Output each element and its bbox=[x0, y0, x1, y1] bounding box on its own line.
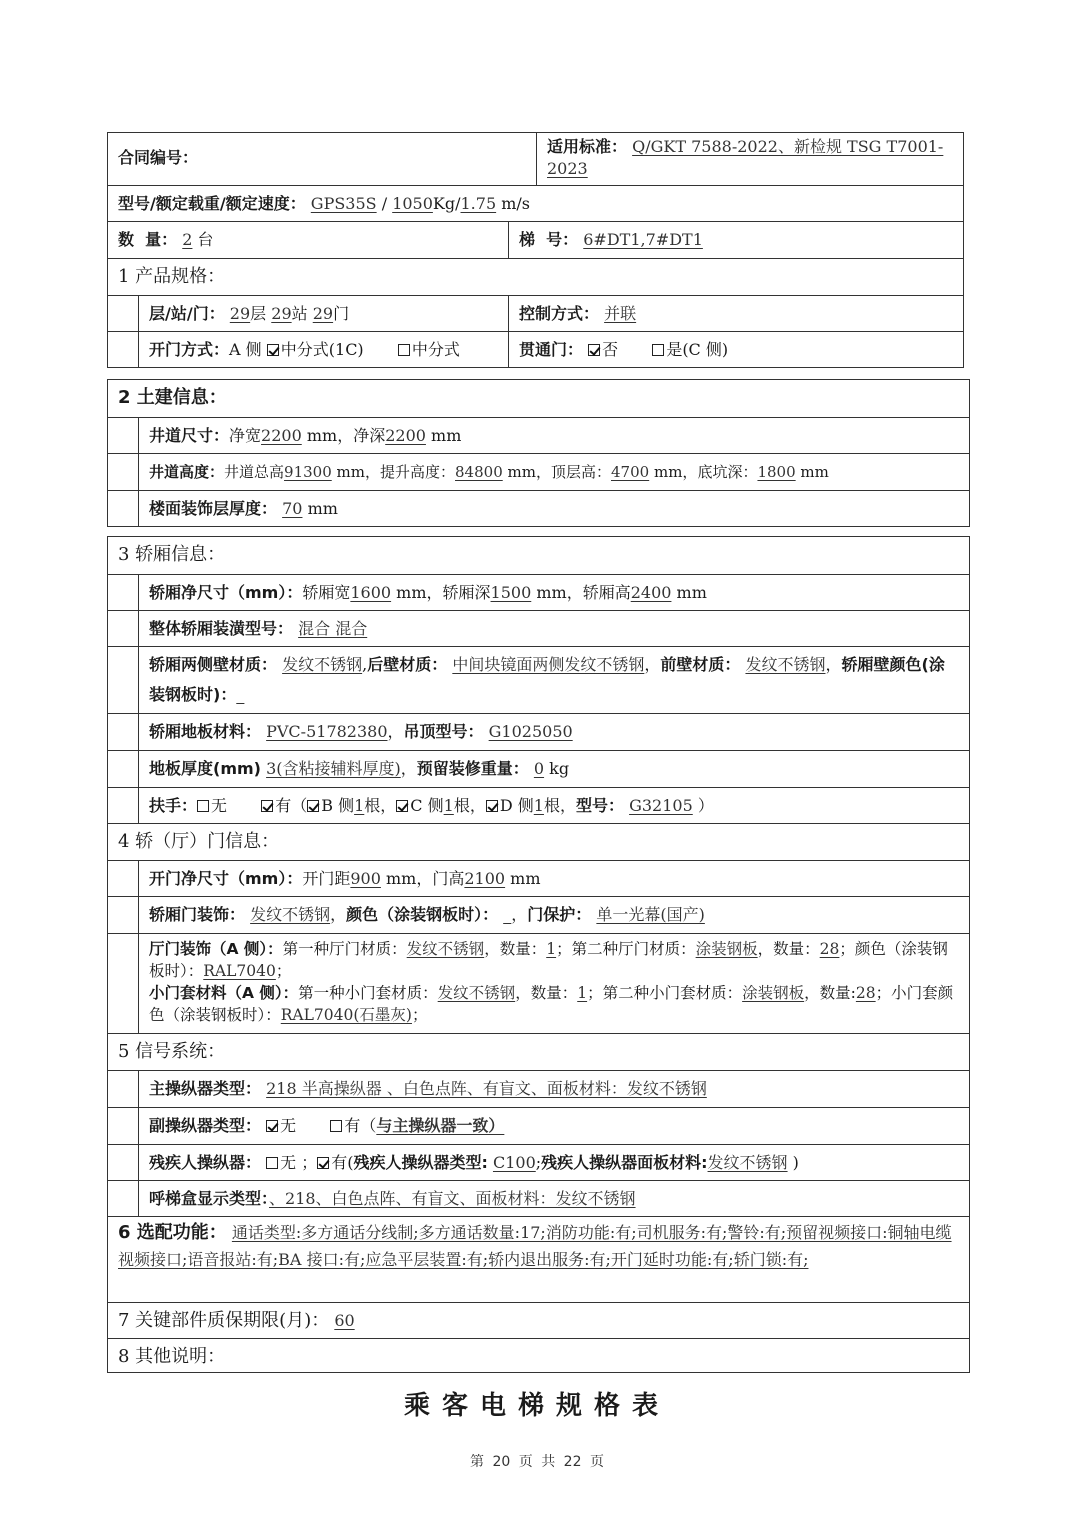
contract-row: 合同编号： 适用标准： Q/GKT 7588-2022、新检规 TSG T700… bbox=[108, 133, 963, 185]
indent bbox=[108, 418, 139, 453]
car-door-value: 发纹不锈钢 bbox=[250, 905, 330, 924]
footer-suffix: 页 bbox=[590, 1454, 604, 1470]
jamb-label: 小门套材料（A 侧）： bbox=[149, 984, 298, 1002]
shaft-height-row: 井道高度：井道总高91300 mm，提升高度：84800 mm，顶层高：4700… bbox=[108, 453, 969, 490]
ceiling-label: 吊顶型号： bbox=[404, 722, 484, 741]
page-title: 乘客电梯规格表 bbox=[0, 1385, 1074, 1422]
indent bbox=[108, 1145, 139, 1180]
unit-mm: mm bbox=[308, 499, 338, 518]
aux-cop-cell: 副操纵器类型： 无 有（与主操纵器一致） bbox=[139, 1108, 969, 1144]
hall-display-label: 呼梯盒显示类型： bbox=[149, 1189, 269, 1208]
doors-value: 29 bbox=[313, 304, 333, 323]
section4-heading-row: 4 轿（厅）门信息： bbox=[108, 823, 969, 860]
door-width-value: 900 bbox=[350, 869, 381, 888]
checkbox-unchecked-icon[interactable] bbox=[266, 1157, 278, 1169]
rated-speed-value: 1.75 bbox=[461, 194, 497, 213]
qty-value: 2 bbox=[182, 230, 192, 249]
car-door-cell: 轿厢门装饰： 发纹不锈钢，颜色（涂装钢板时）： _，门保护： 单一光幕(国产) bbox=[139, 897, 969, 933]
indent bbox=[108, 611, 139, 646]
handrail-side-d: D 侧 bbox=[500, 796, 534, 815]
unit-mm: mm bbox=[508, 463, 536, 481]
landing-qty2-value: 28 bbox=[820, 940, 840, 958]
car-deco-label: 整体轿厢装潢型号： bbox=[149, 619, 293, 638]
floor-thickness-row: 地板厚度(mm) 3(含粘接辅料厚度)，预留装修重量： 0 kg bbox=[108, 750, 969, 787]
rear-wall-value: 中间块镜面两侧发纹不锈钢 bbox=[452, 655, 644, 674]
checkbox-unchecked-icon[interactable] bbox=[330, 1120, 342, 1132]
through-door-no: 否 bbox=[602, 340, 618, 359]
aux-cop-none: 无 bbox=[280, 1116, 296, 1135]
contract-number-cell: 合同编号： bbox=[108, 133, 536, 185]
section1-heading: 1 产品规格： bbox=[108, 259, 963, 295]
handrail-unit: 根， bbox=[364, 796, 396, 815]
checkbox-checked-icon[interactable] bbox=[588, 344, 600, 356]
checkbox-checked-icon[interactable] bbox=[267, 344, 279, 356]
pit-label: 底坑深： bbox=[697, 463, 757, 481]
overhead-value: 4700 bbox=[611, 463, 649, 481]
floor-finish-row: 楼面装饰层厚度： 70 mm bbox=[108, 490, 969, 526]
handrail-model-value: G32105 bbox=[629, 796, 693, 815]
handrail-side-b: B 侧 bbox=[321, 796, 354, 815]
floor-material-cell: 轿厢地板材料： PVC-51782380，吊顶型号： G1025050 bbox=[139, 714, 969, 750]
checkbox-checked-icon[interactable] bbox=[486, 800, 498, 812]
handrail-unit: 根， bbox=[544, 796, 576, 815]
through-door-cell: 贯通门： 否 是(C 侧) bbox=[509, 332, 963, 367]
model-label: 型号/额定载重/额定速度： bbox=[118, 194, 306, 213]
section8-heading: 8 其他说明： bbox=[108, 1339, 969, 1372]
qty-unit: 台 bbox=[198, 230, 214, 249]
car-deco-row: 整体轿厢装潢型号： 混合 混合 bbox=[108, 610, 969, 646]
indent bbox=[108, 454, 139, 490]
landing-qty1-label: 数量： bbox=[500, 940, 547, 958]
jamb-mat2-value: 涂装钢板 bbox=[742, 984, 804, 1002]
rear-wall-label: 后壁材质： bbox=[367, 655, 447, 674]
door-height-label: 门高 bbox=[432, 869, 464, 888]
handrail-c-qty: 1 bbox=[444, 796, 454, 815]
door-size-cell: 开门净尺寸（mm）：开门距900 mm，门高2100 mm bbox=[139, 861, 969, 896]
landing-mat2-value: 涂装钢板 bbox=[696, 940, 758, 958]
travel-value: 84800 bbox=[455, 463, 503, 481]
side-wall-value: 发纹不锈钢 bbox=[282, 655, 362, 674]
total-height-label: 井道总高 bbox=[224, 463, 284, 481]
section5-heading: 5 信号系统： bbox=[108, 1034, 969, 1070]
indent bbox=[108, 491, 139, 526]
warranty-cell: 7 关键部件质保期限(月)： 60 bbox=[108, 1303, 969, 1338]
warranty-value: 60 bbox=[334, 1311, 354, 1330]
contract-number-label: 合同编号： bbox=[118, 148, 198, 167]
through-door-label: 贯通门： bbox=[519, 340, 583, 359]
front-wall-value: 发纹不锈钢 bbox=[745, 655, 825, 674]
front-wall-label: 前壁材质： bbox=[660, 655, 740, 674]
reserve-weight-label: 预留装修重量： bbox=[417, 759, 529, 778]
floors-row: 层/站/门： 29层 29站 29门 控制方式： 并联 bbox=[108, 295, 963, 331]
section1-heading-row: 1 产品规格： bbox=[108, 258, 963, 295]
model-value: GPS35S bbox=[311, 194, 377, 213]
floors-cell: 层/站/门： 29层 29站 29门 bbox=[139, 296, 509, 331]
main-cop-value: 218 半高操纵器 、白色点阵、有盲文、面板材料：发纹不锈钢 bbox=[266, 1079, 707, 1098]
car-depth-value: 1500 bbox=[491, 583, 532, 602]
checkbox-unchecked-icon[interactable] bbox=[652, 344, 664, 356]
net-width-label: 净宽 bbox=[229, 426, 261, 445]
floors-unit: 层 bbox=[250, 304, 266, 323]
current-page-number: 20 bbox=[492, 1454, 510, 1470]
model-cell: 型号/额定载重/额定速度： GPS35S / 1050Kg/1.75 m/s bbox=[108, 186, 963, 221]
jamb-mat2-label: 第二种小门套材质： bbox=[603, 984, 743, 1002]
footer-prefix: 第 bbox=[470, 1454, 484, 1470]
checkbox-unchecked-icon[interactable] bbox=[398, 344, 410, 356]
shaft-height-cell: 井道高度：井道总高91300 mm，提升高度：84800 mm，顶层高：4700… bbox=[139, 454, 969, 490]
floor-thickness-label: 地板厚度(mm) bbox=[149, 759, 261, 778]
floors-label: 层/站/门： bbox=[149, 304, 225, 323]
aux-cop-label: 副操纵器类型： bbox=[149, 1116, 261, 1135]
car-door-label: 轿厢门装饰： bbox=[149, 905, 245, 924]
rated-load-value: 1050 bbox=[392, 194, 433, 213]
jamb-qty1-label: 数量： bbox=[531, 984, 578, 1002]
unit-mm: mm bbox=[337, 463, 365, 481]
door-height-value: 2100 bbox=[464, 869, 505, 888]
jamb-color-value: RAL7040(石墨灰) bbox=[281, 1006, 412, 1024]
checkbox-checked-icon[interactable] bbox=[396, 800, 408, 812]
section3-heading-row: 3 轿厢信息： bbox=[108, 537, 969, 574]
disabled-cop-type-value: C100 bbox=[493, 1153, 536, 1172]
car-size-cell: 轿厢净尺寸（mm）：轿厢宽1600 mm，轿厢深1500 mm，轿厢高2400 … bbox=[139, 575, 969, 610]
side-wall-label: 轿厢两侧壁材质： bbox=[149, 655, 277, 674]
unit-mm: mm bbox=[654, 463, 682, 481]
section8-row: 8 其他说明： bbox=[108, 1338, 969, 1372]
landing-qty2-label: 数量： bbox=[773, 940, 820, 958]
handrail-cell: 扶手：无 有（B 侧1根，C 侧1根，D 侧1根，型号： G32105 ） bbox=[139, 788, 969, 823]
total-page-number: 22 bbox=[564, 1454, 582, 1470]
handrail-model-label: 型号： bbox=[576, 796, 624, 815]
indent bbox=[108, 934, 139, 1033]
checkbox-unchecked-icon[interactable] bbox=[197, 800, 209, 812]
disabled-cop-none: 无 bbox=[280, 1153, 296, 1172]
stops-unit: 站 bbox=[292, 304, 308, 323]
optional-features-cell: 6 选配功能： 通话类型:多方通话分线制;多方通话数量:17;消防功能:有;司机… bbox=[108, 1217, 969, 1302]
indent bbox=[108, 861, 139, 896]
elevator-no-cell: 梯 号： 6#DT1,7#DT1 bbox=[509, 222, 963, 258]
overhead-label: 顶层高： bbox=[551, 463, 611, 481]
opening-side: A 侧 bbox=[229, 340, 262, 359]
landing-mat2-label: 第二种厅门材质： bbox=[572, 940, 696, 958]
car-door-color-label: 颜色（涂装钢板时）： bbox=[346, 905, 498, 924]
load-unit: Kg/ bbox=[433, 194, 461, 213]
section6-row: 6 选配功能： 通话类型:多方通话分线制;多方通话数量:17;消防功能:有;司机… bbox=[108, 1216, 969, 1302]
indent bbox=[108, 575, 139, 610]
elevator-no-value: 6#DT1,7#DT1 bbox=[583, 230, 703, 249]
floor-finish-cell: 楼面装饰层厚度： 70 mm bbox=[139, 491, 969, 526]
indent bbox=[108, 296, 139, 331]
car-info-table: 3 轿厢信息： 轿厢净尺寸（mm）：轿厢宽1600 mm，轿厢深1500 mm，… bbox=[107, 536, 970, 1373]
control-label: 控制方式： bbox=[519, 304, 599, 323]
car-size-label: 轿厢净尺寸（mm）： bbox=[149, 583, 302, 602]
handrail-b-qty: 1 bbox=[354, 796, 364, 815]
floor-thickness-value: 3(含粘接辅料厚度) bbox=[266, 759, 401, 778]
handrail-label: 扶手： bbox=[149, 796, 197, 815]
opening-label: 开门方式： bbox=[149, 340, 229, 359]
handrail-d-qty: 1 bbox=[534, 796, 544, 815]
section2-heading-row: 2 土建信息： bbox=[108, 380, 969, 417]
shaft-size-cell: 井道尺寸：净宽2200 mm，净深2200 mm bbox=[139, 418, 969, 453]
travel-label: 提升高度： bbox=[380, 463, 455, 481]
main-cop-row: 主操纵器类型： 218 半高操纵器 、白色点阵、有盲文、面板材料：发纹不锈钢 bbox=[108, 1070, 969, 1107]
floor-material-label: 轿厢地板材料： bbox=[149, 722, 261, 741]
through-door-yes: 是(C 侧) bbox=[666, 340, 728, 359]
reserve-weight-unit: kg bbox=[549, 759, 569, 778]
jamb-qty2-label: 数量: bbox=[820, 984, 856, 1002]
total-height-value: 91300 bbox=[284, 463, 332, 481]
floor-material-row: 轿厢地板材料： PVC-51782380，吊顶型号： G1025050 bbox=[108, 713, 969, 750]
aux-cop-yes: 有（ bbox=[344, 1116, 376, 1135]
control-cell: 控制方式： 并联 bbox=[509, 296, 963, 331]
reserve-weight-value: 0 bbox=[534, 759, 544, 778]
floor-finish-label: 楼面装饰层厚度： bbox=[149, 499, 277, 518]
handrail-row: 扶手：无 有（B 侧1根，C 侧1根，D 侧1根，型号： G32105 ） bbox=[108, 787, 969, 823]
section2-heading: 2 土建信息： bbox=[108, 380, 969, 417]
checkbox-checked-icon[interactable] bbox=[307, 800, 319, 812]
disabled-cop-yes: 有( bbox=[331, 1153, 353, 1172]
disabled-cop-panel-value: 发纹不锈钢 bbox=[708, 1153, 788, 1172]
section6-heading: 6 选配功能： bbox=[118, 1222, 227, 1243]
door-size-label: 开门净尺寸（mm）： bbox=[149, 869, 302, 888]
indent bbox=[108, 1071, 139, 1107]
floor-finish-value: 70 bbox=[282, 499, 302, 518]
wall-material-row: 轿厢两侧壁材质： 发纹不锈钢,后壁材质： 中间块镜面两侧发纹不锈钢，前壁材质： … bbox=[108, 646, 969, 713]
indent bbox=[108, 788, 139, 823]
standard-label: 适用标准： bbox=[547, 137, 627, 156]
disabled-cop-label: 残疾人操纵器： bbox=[149, 1153, 261, 1172]
indent bbox=[108, 1108, 139, 1144]
car-height-label: 轿厢高 bbox=[583, 583, 631, 602]
indent bbox=[108, 751, 139, 787]
section4-heading: 4 轿（厅）门信息： bbox=[108, 824, 969, 860]
landing-qty1-value: 1 bbox=[546, 940, 556, 958]
speed-unit: m/s bbox=[501, 194, 530, 213]
elevator-no-label: 梯 号： bbox=[519, 230, 578, 249]
floor-material-value: PVC-51782380 bbox=[266, 722, 387, 741]
car-depth-label: 轿厢深 bbox=[443, 583, 491, 602]
header-spec-table: 合同编号： 适用标准： Q/GKT 7588-2022、新检规 TSG T700… bbox=[107, 132, 964, 368]
checkbox-checked-icon[interactable] bbox=[317, 1157, 329, 1169]
qty-row: 数 量： 2 台 梯 号： 6#DT1,7#DT1 bbox=[108, 221, 963, 258]
net-width-value: 2200 bbox=[261, 426, 302, 445]
jamb-qty1-value: 1 bbox=[577, 984, 587, 1002]
landing-door-label: 厅门装饰（A 侧）： bbox=[149, 940, 283, 958]
handrail-none: 无 bbox=[211, 796, 227, 815]
aux-cop-same: 与主操纵器一致） bbox=[376, 1116, 504, 1135]
section5-heading-row: 5 信号系统： bbox=[108, 1033, 969, 1070]
page-footer: 第 20 页 共 22 页 bbox=[0, 1451, 1074, 1471]
main-cop-cell: 主操纵器类型： 218 半高操纵器 、白色点阵、有盲文、面板材料：发纹不锈钢 bbox=[139, 1071, 969, 1107]
jamb-mat1-label: 第一种小门套材质： bbox=[298, 984, 438, 1002]
handrail-yes: 有（ bbox=[275, 796, 307, 815]
car-door-color-value: _ bbox=[503, 905, 511, 924]
car-width-label: 轿厢宽 bbox=[302, 583, 350, 602]
wall-material-cell: 轿厢两侧壁材质： 发纹不锈钢,后壁材质： 中间块镜面两侧发纹不锈钢，前壁材质： … bbox=[139, 647, 969, 713]
shaft-size-row: 井道尺寸：净宽2200 mm，净深2200 mm bbox=[108, 417, 969, 453]
doors-unit: 门 bbox=[333, 304, 349, 323]
net-depth-value: 2200 bbox=[385, 426, 426, 445]
main-cop-label: 主操纵器类型： bbox=[149, 1079, 261, 1098]
unit-mm: mm bbox=[307, 426, 337, 445]
section7-heading: 7 关键部件质保期限(月)： bbox=[118, 1310, 329, 1331]
opening-row: 开门方式：A 侧 中分式(1C) 中分式 贯通门： 否 是(C 侧) bbox=[108, 331, 963, 367]
disabled-cop-panel-label: 残疾人操纵器面板材料: bbox=[541, 1153, 707, 1172]
disabled-cop-type-label: 残疾人操纵器类型: bbox=[353, 1153, 487, 1172]
opening-cell: 开门方式：A 侧 中分式(1C) 中分式 bbox=[139, 332, 509, 367]
car-deco-cell: 整体轿厢装潢型号： 混合 混合 bbox=[139, 611, 969, 646]
floors-value: 29 bbox=[230, 304, 250, 323]
handrail-side-c: C 侧 bbox=[410, 796, 443, 815]
checkbox-checked-icon[interactable] bbox=[261, 800, 273, 812]
door-protect-value: 单一光幕(国产) bbox=[596, 905, 705, 924]
jamb-mat1-value: 发纹不锈钢 bbox=[438, 984, 516, 1002]
landing-door-cell: 厅门装饰（A 侧）：第一种厅门材质：发纹不锈钢，数量：1；第二种厅门材质：涂装钢… bbox=[139, 934, 969, 1033]
landing-door-row: 厅门装饰（A 侧）：第一种厅门材质：发纹不锈钢，数量：1；第二种厅门材质：涂装钢… bbox=[108, 933, 969, 1033]
hall-display-cell: 呼梯盒显示类型：、218、白色点阵、有盲文、面板材料：发纹不锈钢 bbox=[139, 1181, 969, 1216]
wall-color-value: _ bbox=[236, 685, 244, 704]
door-size-row: 开门净尺寸（mm）：开门距900 mm，门高2100 mm bbox=[108, 860, 969, 896]
door-protect-label: 门保护： bbox=[527, 905, 591, 924]
door-width-label: 开门距 bbox=[302, 869, 350, 888]
ceiling-value: G1025050 bbox=[489, 722, 573, 741]
net-depth-label: 净深 bbox=[353, 426, 385, 445]
indent bbox=[108, 1181, 139, 1216]
section3-heading: 3 轿厢信息： bbox=[108, 537, 969, 574]
shaft-size-label: 井道尺寸： bbox=[149, 426, 229, 445]
civil-info-table: 2 土建信息： 井道尺寸：净宽2200 mm，净深2200 mm 井道高度：井道… bbox=[107, 379, 970, 527]
indent bbox=[108, 332, 139, 367]
unit-mm: mm bbox=[800, 463, 828, 481]
standard-cell: 适用标准： Q/GKT 7588-2022、新检规 TSG T7001-2023 bbox=[536, 133, 963, 185]
qty-label: 数 量： bbox=[118, 230, 177, 249]
landing-color-value: RAL7040 bbox=[203, 962, 276, 980]
hall-display-row: 呼梯盒显示类型：、218、白色点阵、有盲文、面板材料：发纹不锈钢 bbox=[108, 1180, 969, 1216]
stops-value: 29 bbox=[271, 304, 291, 323]
landing-mat1-value: 发纹不锈钢 bbox=[407, 940, 485, 958]
indent bbox=[108, 897, 139, 933]
indent bbox=[108, 647, 139, 713]
checkbox-checked-icon[interactable] bbox=[266, 1120, 278, 1132]
disabled-cop-row: 残疾人操纵器： 无 ；有(残疾人操纵器类型: C100;残疾人操纵器面板材料:发… bbox=[108, 1144, 969, 1180]
unit-mm: mm bbox=[431, 426, 461, 445]
footer-mid: 页 共 bbox=[519, 1454, 555, 1470]
handrail-unit: 根， bbox=[454, 796, 486, 815]
aux-cop-row: 副操纵器类型： 无 有（与主操纵器一致） bbox=[108, 1107, 969, 1144]
optional-features-value: 通话类型:多方通话分线制;多方通话数量:17;消防功能:有;司机服务:有;警铃:… bbox=[118, 1223, 952, 1269]
control-value: 并联 bbox=[604, 304, 636, 323]
disabled-cop-cell: 残疾人操纵器： 无 ；有(残疾人操纵器类型: C100;残疾人操纵器面板材料:发… bbox=[139, 1145, 969, 1180]
qty-cell: 数 量： 2 台 bbox=[108, 222, 509, 258]
car-size-row: 轿厢净尺寸（mm）：轿厢宽1600 mm，轿厢深1500 mm，轿厢高2400 … bbox=[108, 574, 969, 610]
indent bbox=[108, 714, 139, 750]
car-door-row: 轿厢门装饰： 发纹不锈钢，颜色（涂装钢板时）： _，门保护： 单一光幕(国产) bbox=[108, 896, 969, 933]
jamb-qty2-value: 28 bbox=[856, 984, 876, 1002]
car-height-value: 2400 bbox=[631, 583, 672, 602]
car-width-value: 1600 bbox=[350, 583, 391, 602]
opening-option-center-1c: 中分式(1C) bbox=[281, 340, 364, 359]
hall-display-value: 、218、白色点阵、有盲文、面板材料：发纹不锈钢 bbox=[269, 1189, 636, 1208]
model-row: 型号/额定载重/额定速度： GPS35S / 1050Kg/1.75 m/s bbox=[108, 185, 963, 221]
pit-value: 1800 bbox=[757, 463, 795, 481]
floor-thickness-cell: 地板厚度(mm) 3(含粘接辅料厚度)，预留装修重量： 0 kg bbox=[139, 751, 969, 787]
section7-row: 7 关键部件质保期限(月)： 60 bbox=[108, 1302, 969, 1338]
opening-option-center: 中分式 bbox=[412, 340, 460, 359]
shaft-height-label: 井道高度： bbox=[149, 463, 224, 481]
landing-mat1-label: 第一种厅门材质： bbox=[283, 940, 407, 958]
car-deco-value: 混合 混合 bbox=[298, 619, 367, 638]
